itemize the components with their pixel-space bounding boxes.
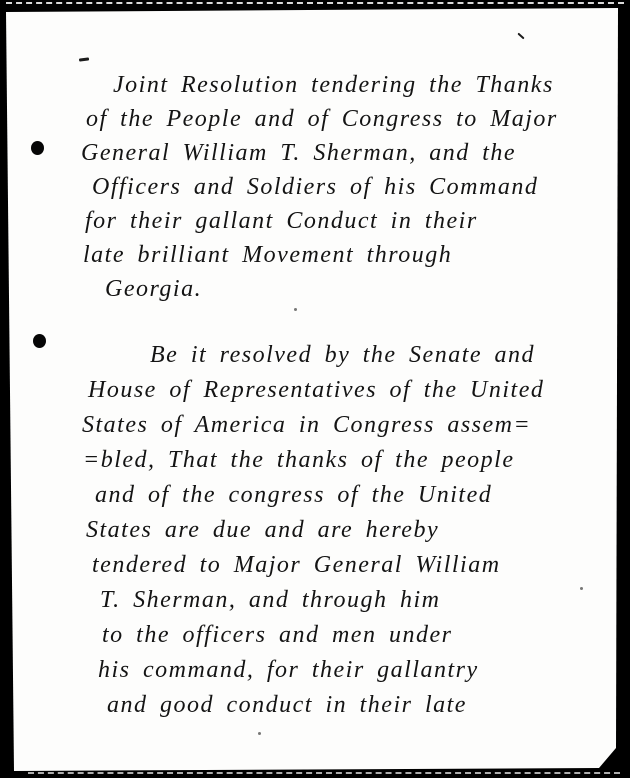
ink-speck (258, 732, 261, 735)
manuscript-line: late brilliant Movement through (83, 238, 612, 272)
manuscript-line: T. Sherman, and through him (100, 583, 612, 618)
manuscript-line: Be it resolved by the Senate and (150, 338, 612, 373)
manuscript-line: Joint Resolution tendering the Thanks (113, 68, 612, 102)
manuscript-line: House of Representatives of the United (88, 373, 612, 408)
manuscript-line: of the People and of Congress to Major (86, 102, 612, 136)
manuscript-line: and good conduct in their late (107, 688, 612, 723)
manuscript-text: Joint Resolution tendering the Thanks of… (6, 12, 612, 723)
manuscript-line: tendered to Major General William (92, 548, 612, 583)
manuscript-line: General William T. Sherman, and the (81, 136, 612, 170)
manuscript-line: his command, for their gallantry (98, 653, 612, 688)
manuscript-line: and of the congress of the United (95, 478, 612, 513)
scan-edge-artifact-top (6, 2, 624, 4)
manuscript-line: States of America in Congress assem= (82, 408, 612, 443)
title-paragraph: Joint Resolution tendering the Thanks of… (6, 68, 612, 306)
manuscript-line: to the officers and men under (102, 618, 612, 653)
scanned-page: Joint Resolution tendering the Thanks of… (0, 0, 630, 778)
manuscript-line: =bled, That the thanks of the people (83, 443, 612, 478)
manuscript-line: States are due and are hereby (86, 513, 612, 548)
scan-edge-artifact-bottom (28, 772, 620, 774)
manuscript-line: for their gallant Conduct in their (85, 204, 612, 238)
manuscript-line: Georgia. (105, 272, 612, 306)
manuscript-line: Officers and Soldiers of his Command (92, 170, 612, 204)
body-paragraph: Be it resolved by the Senate and House o… (6, 338, 612, 723)
